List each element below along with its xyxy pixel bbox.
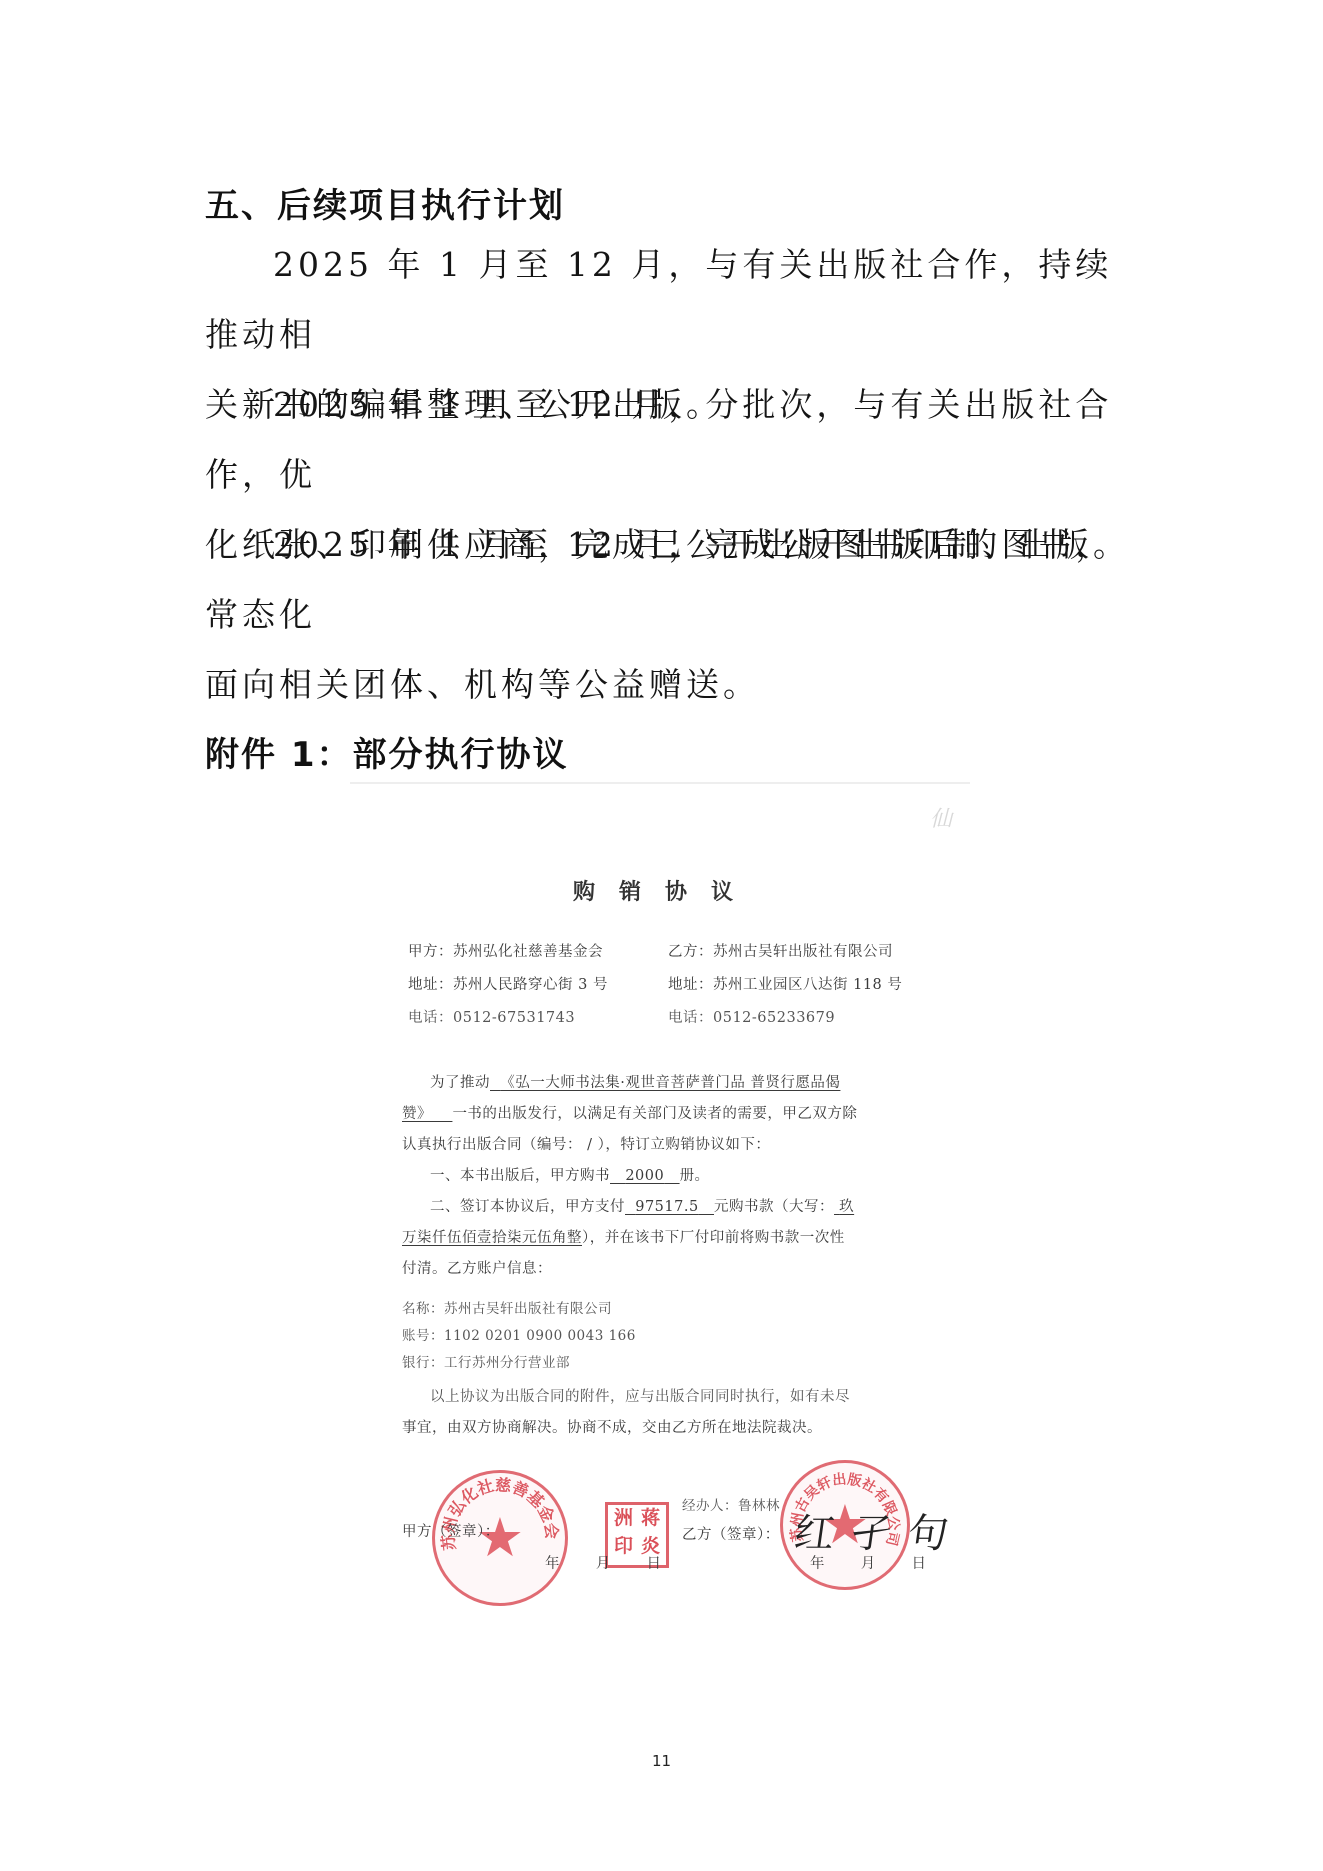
intro-line-3: 认真执行出版合同（编号： / ），特订立购销协议如下： — [402, 1133, 770, 1154]
clause-2-line-1: 二、签订本协议后，甲方支付 97517.5 元购书款（大写： 玖 — [430, 1195, 854, 1216]
party-a-date: 年 月 日 — [545, 1552, 662, 1573]
clause-2-line-3: 付清。乙方账户信息： — [402, 1257, 552, 1278]
attachment-heading: 附件 1：部分执行协议 — [205, 727, 569, 776]
party-a-sign-label: 甲方（签章）： — [402, 1520, 500, 1541]
section-heading: 五、后续项目执行计划 — [205, 178, 565, 227]
party-b-sign-label: 乙方（签章）： — [682, 1523, 780, 1544]
account-number: 账号：1102 0201 0900 0043 166 — [402, 1324, 636, 1344]
party-a-name: 甲方：苏州弘化社慈善基金会 — [408, 940, 603, 961]
document-page: 五、后续项目执行计划 2025 年 1 月至 12 月，与有关出版社合作，持续推… — [0, 0, 1323, 1871]
agreement-title: 购销协议 — [340, 875, 990, 906]
paragraph-text: 2025 年 1 月至 12 月，与有关出版社合作，持续推动相 — [205, 245, 1112, 354]
handwritten-signature: 红 孑 句 — [791, 1502, 954, 1559]
party-b-date: 年 月 日 — [810, 1552, 927, 1573]
party-a-phone: 电话：0512-67531743 — [408, 1006, 575, 1027]
paragraph-text: 面向相关团体、机构等公益赠送。 — [205, 665, 760, 704]
clause-1: 一、本书出版后，甲方购书 2000 册。 — [430, 1164, 710, 1185]
closing-line-1: 以上协议为出版合同的附件，应与出版合同同时执行，如有未尽 — [430, 1385, 850, 1406]
paragraph-text: 2025 年 1 月至 12 月，分批次，与有关出版社合作，优 — [205, 385, 1112, 494]
paragraph-text: 2025 年 1 月至 12 月，完成公开出版后的图书，常态化 — [205, 525, 1112, 634]
account-name: 名称：苏州古吴轩出版社有限公司 — [402, 1297, 612, 1317]
plan-paragraph-3: 2025 年 1 月至 12 月，完成公开出版后的图书，常态化 面向相关团体、机… — [205, 510, 1135, 720]
scan-artifact: 仙 — [930, 802, 952, 833]
party-b-phone: 电话：0512-65233679 — [668, 1006, 835, 1027]
intro-line-1: 为了推动 《弘一大师书法集·观世音菩萨普门品 普贤行愿品偈 — [430, 1071, 840, 1092]
intro-line-2: 赞》 一书的出版发行，以满足有关部门及读者的需要，甲乙双方除 — [402, 1102, 857, 1123]
closing-line-2: 事宜，由双方协商解决。协商不成，交由乙方所在地法院裁决。 — [402, 1416, 822, 1437]
scan-artifact — [350, 782, 970, 784]
page-number: 11 — [0, 1752, 1323, 1770]
clause-2-line-2: 万柒仟伍佰壹拾柒元伍角整），并在该书下厂付印前将购书款一次性 — [402, 1226, 845, 1247]
party-a-address: 地址：苏州人民路穿心街 3 号 — [408, 973, 608, 994]
account-bank: 银行：工行苏州分行营业部 — [402, 1351, 570, 1371]
party-b-name: 乙方：苏州古吴轩出版社有限公司 — [668, 940, 893, 961]
scanned-agreement: 仙 购销协议 甲方：苏州弘化社慈善基金会 乙方：苏州古吴轩出版社有限公司 地址：… — [340, 780, 990, 1620]
handler: 经办人：鲁林林 — [682, 1494, 780, 1514]
party-b-address: 地址：苏州工业园区八达街 118 号 — [668, 973, 902, 994]
